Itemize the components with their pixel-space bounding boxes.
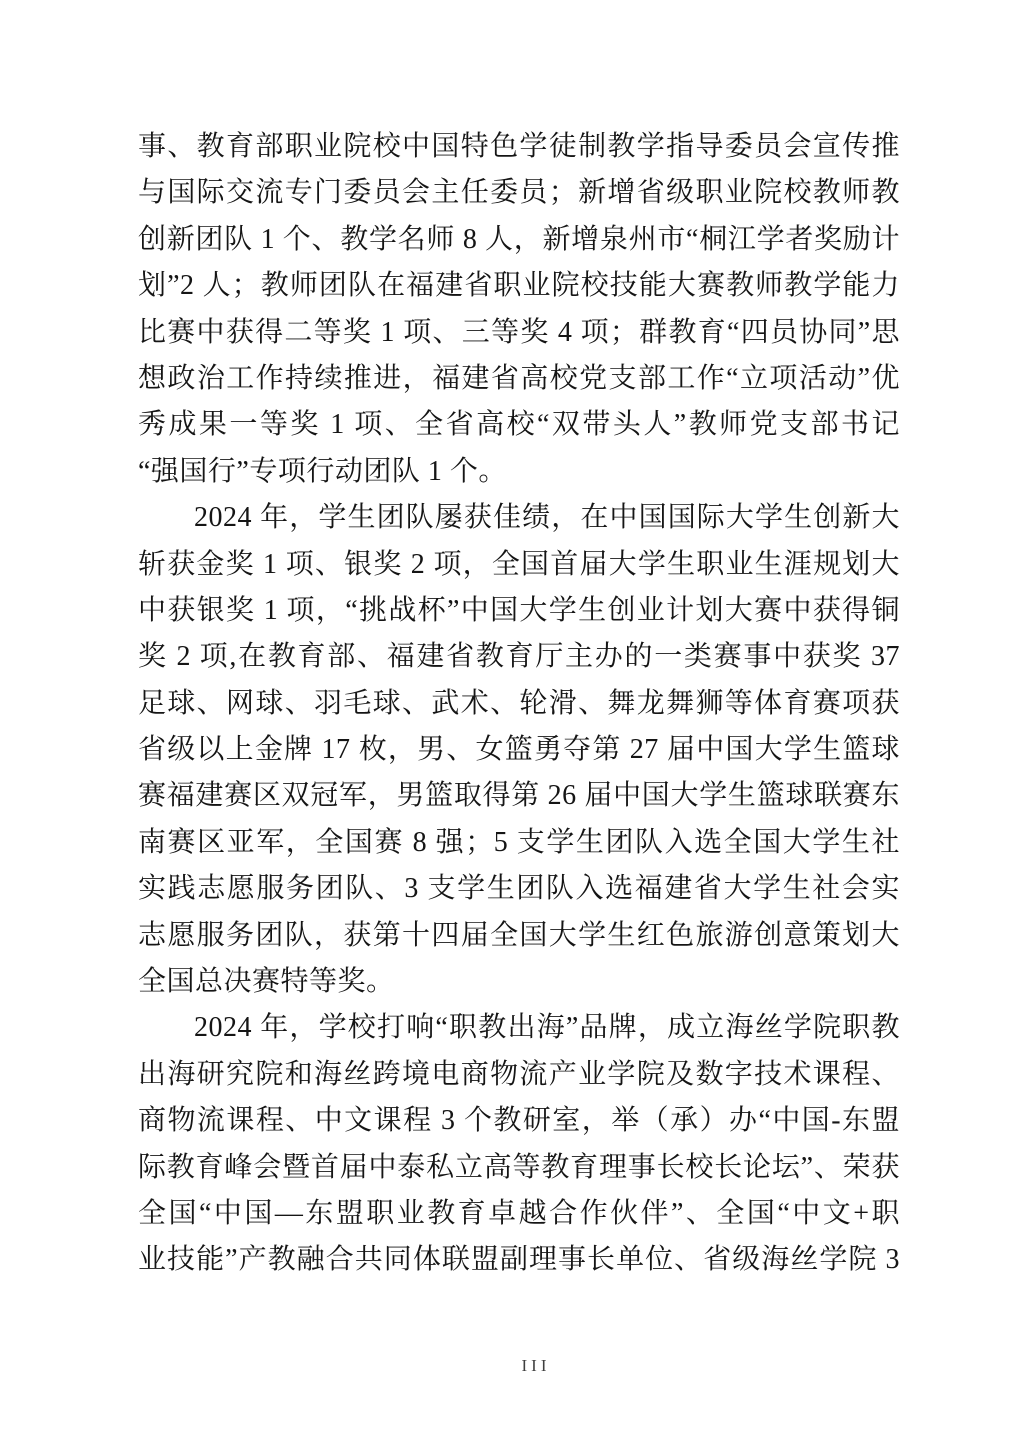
text-line: 2024 年，学生团队屡获佳绩，在中国国际大学生创新大赛 — [138, 495, 900, 541]
text-line: 南赛区亚军，全国赛 8 强；5 支学生团队入选全国大学生社会 — [138, 820, 900, 866]
text-line: 想政治工作持续推进，福建省高校党支部工作“立项活动”优 — [138, 356, 900, 402]
page-number: III — [24, 1356, 1024, 1376]
text-line: 全国“中国—东盟职业教育卓越合作伙伴”、全国“中文+职 — [138, 1191, 900, 1237]
text-line: 商物流课程、中文课程 3 个教研室，举（承）办“中国-东盟国 — [138, 1098, 900, 1144]
text-line: 际教育峰会暨首届中泰私立高等教育理事长校长论坛”、荣获 — [138, 1145, 900, 1191]
text-line: 中获银奖 1 项，“挑战杯”中国大学生创业计划大赛中获得铜 — [138, 588, 900, 634]
paragraph: 2024 年，学生团队屡获佳绩，在中国国际大学生创新大赛斩获金奖 1 项、银奖 … — [138, 495, 900, 1005]
text-line: 与国际交流专门委员会主任委员；新增省级职业院校教师教学 — [138, 170, 900, 216]
text-line: 实践志愿服务团队、3 支学生团队入选福建省大学生社会实践 — [138, 866, 900, 912]
text-line: 事、教育部职业院校中国特色学徒制教学指导委员会宣传推广 — [138, 124, 900, 170]
text-line: 全国总决赛特等奖。 — [138, 959, 900, 1005]
paragraph: 事、教育部职业院校中国特色学徒制教学指导委员会宣传推广与国际交流专门委员会主任委… — [138, 124, 900, 495]
text-line: 足球、网球、羽毛球、武术、轮滑、舞龙舞狮等体育赛项获得 — [138, 681, 900, 727]
text-line: 赛福建赛区双冠军，男篮取得第 26 届中国大学生篮球联赛东 — [138, 773, 900, 819]
document-page: 事、教育部职业院校中国特色学徒制教学指导委员会宣传推广与国际交流专门委员会主任委… — [0, 0, 1024, 1448]
text-line: 2024 年，学校打响“职教出海”品牌，成立海丝学院职教 — [138, 1005, 900, 1051]
text-line: 秀成果一等奖 1 项、全省高校“双带头人”教师党支部书记 — [138, 402, 900, 448]
text-line: 业技能”产教融合共同体联盟副理事长单位、省级海丝学院 3 — [138, 1237, 900, 1283]
text-line: 出海研究院和海丝跨境电商物流产业学院及数字技术课程、电 — [138, 1052, 900, 1098]
text-line: 奖 2 项,在教育部、福建省教育厅主办的一类赛事中获奖 37 项； — [138, 634, 900, 680]
text-line: 斩获金奖 1 项、银奖 2 项，全国首届大学生职业生涯规划大赛 — [138, 542, 900, 588]
text-line: 创新团队 1 个、教学名师 8 人，新增泉州市“桐江学者奖励计 — [138, 217, 900, 263]
body-text: 事、教育部职业院校中国特色学徒制教学指导委员会宣传推广与国际交流专门委员会主任委… — [138, 124, 900, 1284]
text-line: 省级以上金牌 17 枚，男、女篮勇夺第 27 届中国大学生篮球联 — [138, 727, 900, 773]
paragraph: 2024 年，学校打响“职教出海”品牌，成立海丝学院职教出海研究院和海丝跨境电商… — [138, 1005, 900, 1283]
text-line: 志愿服务团队，获第十四届全国大学生红色旅游创意策划大赛 — [138, 913, 900, 959]
text-line: 划”2 人；教师团队在福建省职业院校技能大赛教师教学能力 — [138, 263, 900, 309]
text-line: 比赛中获得二等奖 1 项、三等奖 4 项；群教育“四员协同”思 — [138, 310, 900, 356]
text-line: “强国行”专项行动团队 1 个。 — [138, 449, 900, 495]
